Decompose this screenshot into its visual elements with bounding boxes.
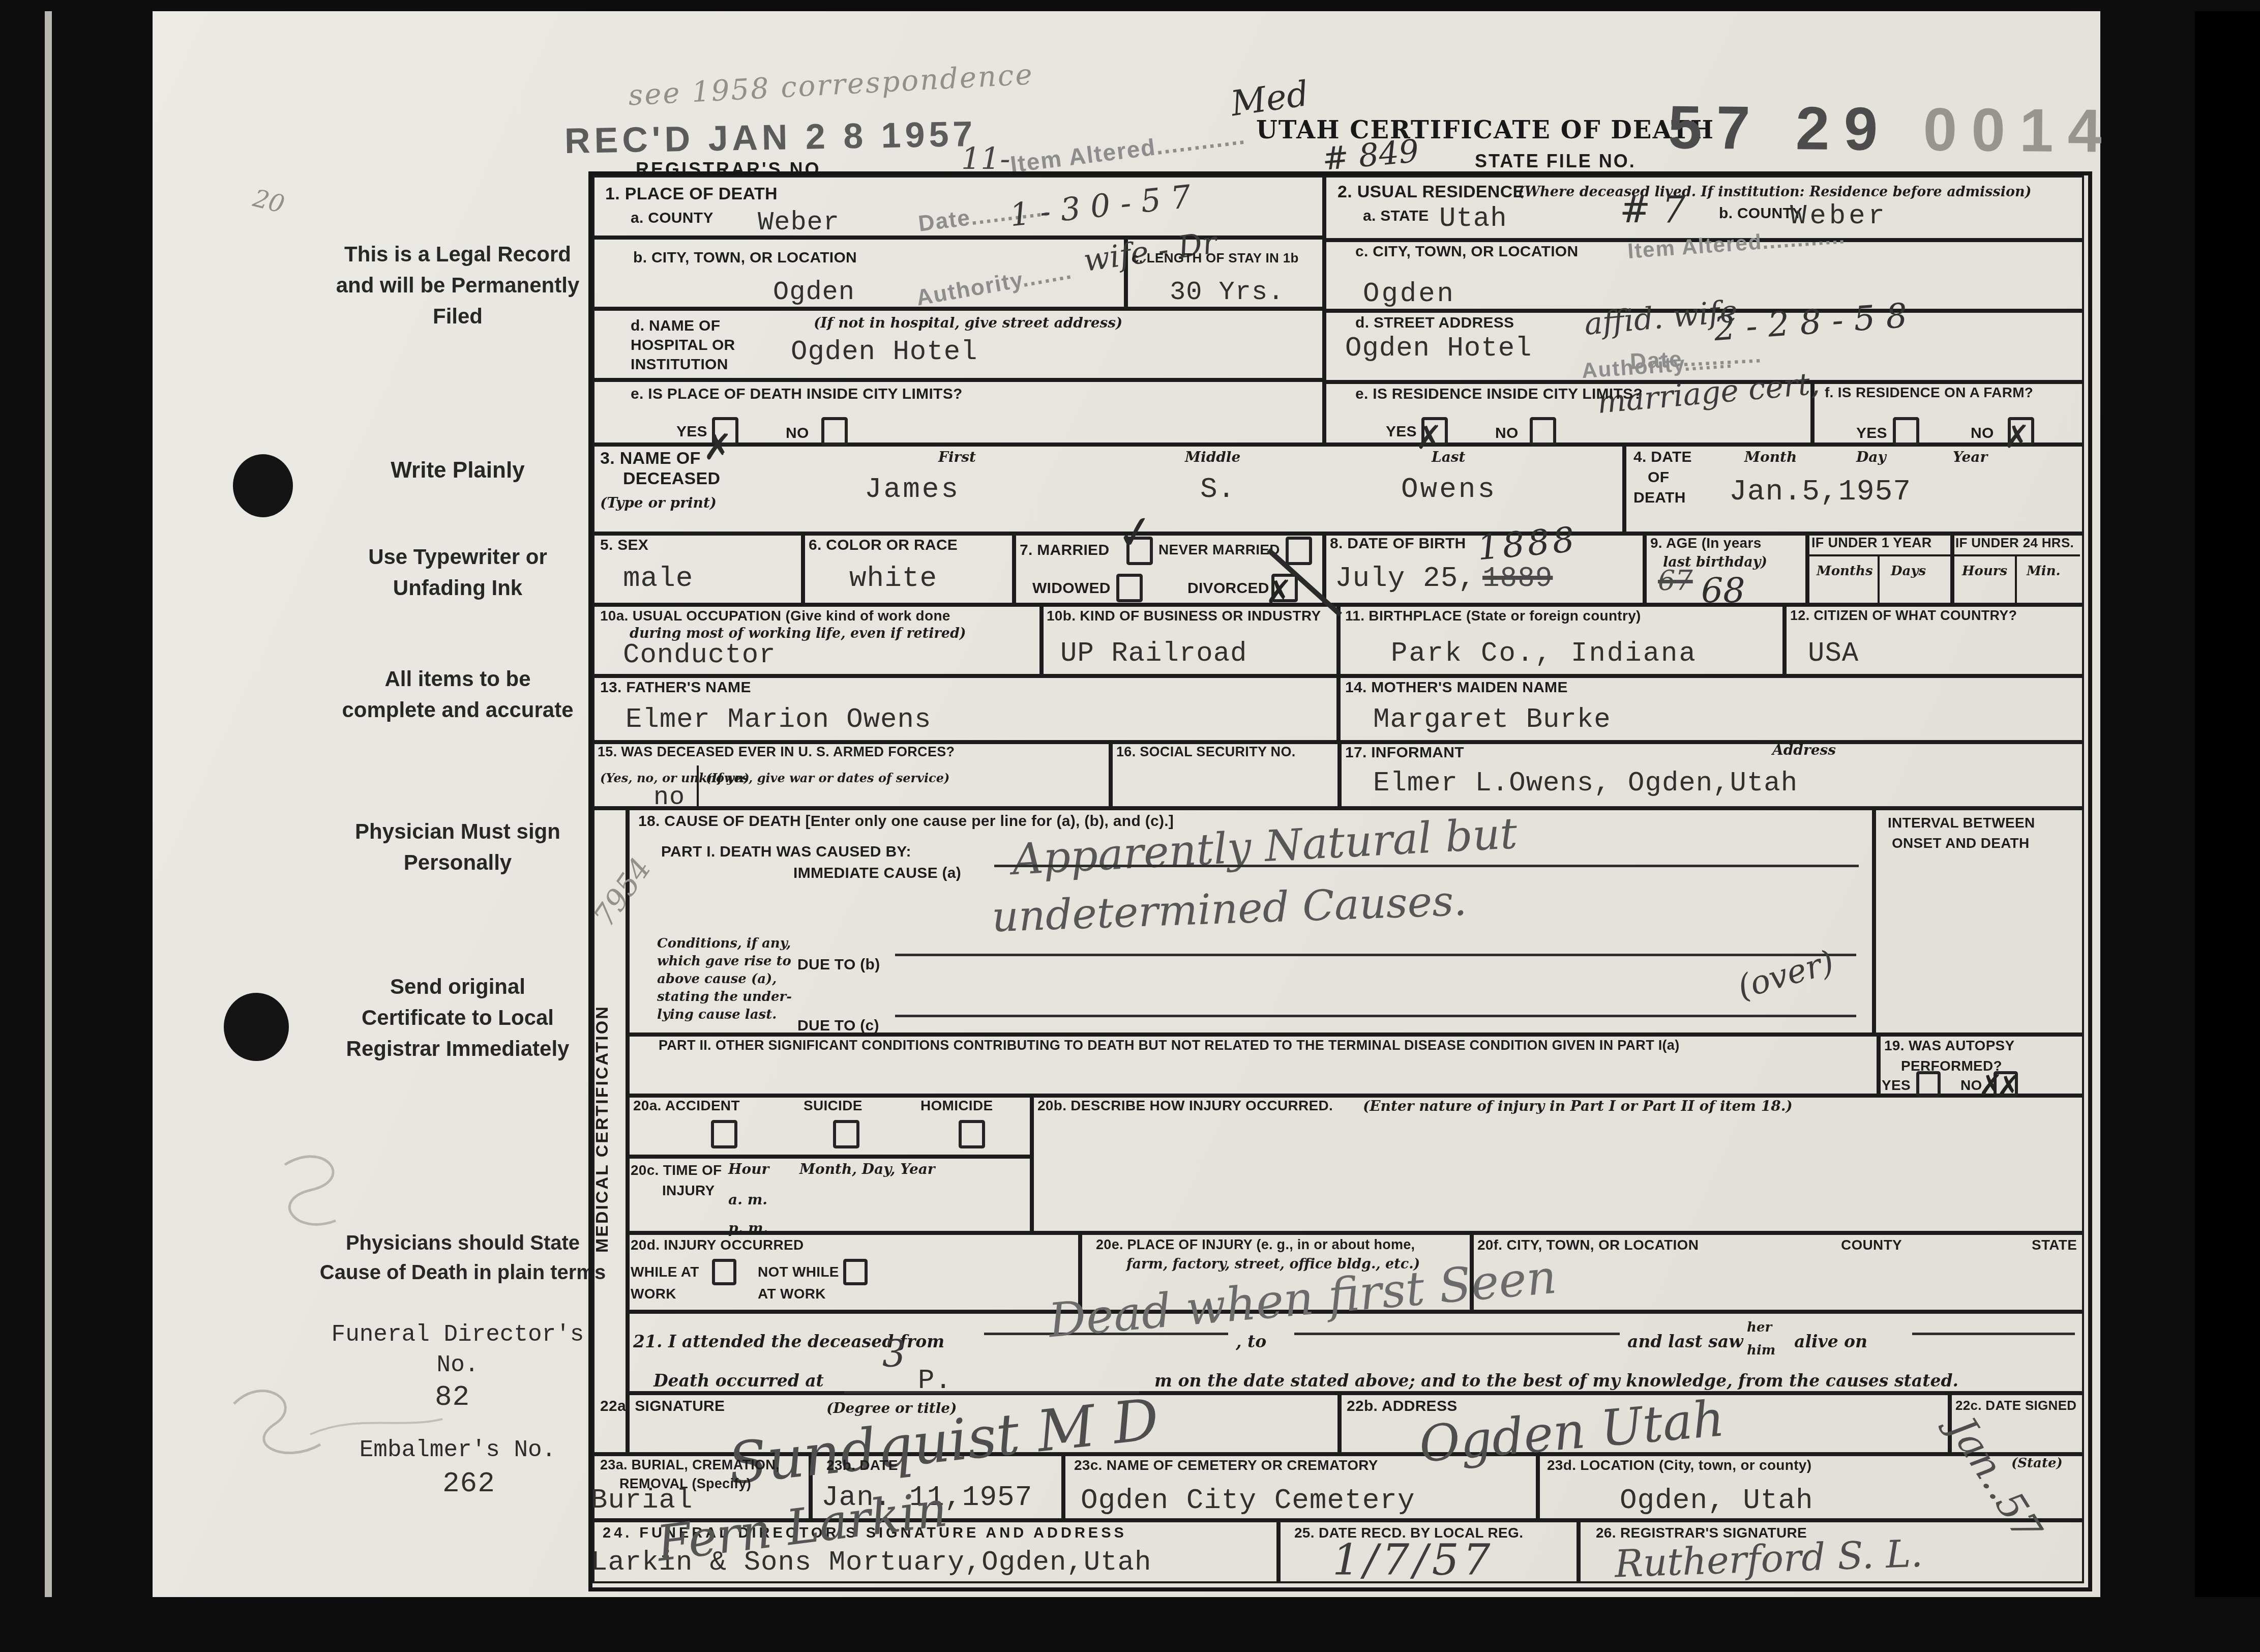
s18-due-b: DUE TO (b): [797, 956, 880, 973]
s2-a-hand: # 7: [1620, 188, 1685, 231]
s18-title: 18. CAUSE OF DEATH [Enter only one cause…: [638, 813, 1174, 830]
s1-hospital-value: Ogden Hotel: [791, 337, 977, 368]
s6-label: 6. COLOR OR RACE: [809, 537, 958, 554]
cell-20b: [1030, 1094, 2084, 1235]
s1-e-yes-mark: ✗: [703, 426, 733, 468]
s9-min-label: Min.: [2027, 564, 2061, 579]
s1-e-no-checkbox[interactable]: [821, 417, 848, 446]
s15-hint2: (If yes, give war or dates of service): [706, 771, 949, 785]
s3-title2: DECEASED: [623, 469, 720, 489]
s20c-hour-label: Hour: [728, 1161, 769, 1177]
s17-value: Elmer L.Owens, Ogden,Utah: [1373, 768, 1798, 799]
s3-title3: (Type or print): [600, 494, 717, 511]
file-no-left: 57 29: [1668, 93, 1892, 163]
u-divider-v2: [2015, 554, 2017, 603]
s17-label: 17. INFORMANT: [1345, 744, 1464, 761]
s15-value: no: [653, 783, 685, 812]
s7-never-checkbox[interactable]: [1286, 537, 1312, 565]
punch-hole: [224, 993, 289, 1061]
s1-city-value: Ogden: [773, 277, 855, 307]
margin-note-physician-sign: Physician Must sign Personally: [336, 816, 580, 878]
s20a-accident-checkbox[interactable]: [711, 1120, 737, 1148]
s7-widowed-label: WIDOWED: [1032, 580, 1111, 597]
u-divider-h: [1805, 554, 2080, 556]
u-divider-v1: [1878, 554, 1880, 603]
s10a-label2: during most of working life, even if ret…: [630, 626, 966, 641]
s2-a-label: a. STATE: [1363, 208, 1429, 225]
s7-widowed-checkbox[interactable]: [1116, 574, 1143, 602]
margin-note-legal-record: This is a Legal Record and will be Perma…: [331, 239, 585, 332]
s3-title1: 3. NAME OF: [600, 449, 701, 468]
scanned-death-certificate: 20 see 1958 correspondence REC'D JAN 2 8…: [0, 0, 2260, 1652]
s3-last-label: Last: [1432, 449, 1466, 465]
s2-f-label: f. IS RESIDENCE ON A FARM?: [1825, 385, 2033, 401]
s23a-label1: 23a. BURIAL, CREMATION,: [600, 1457, 780, 1473]
s1-a-label: a. COUNTY: [631, 210, 713, 227]
s5-value: male: [623, 562, 693, 595]
s10a-label1: 10a. USUAL OCCUPATION (Give kind of work…: [600, 608, 950, 624]
margin-note-complete: All items to be complete and accurate: [336, 664, 580, 726]
s3-middle-label: Middle: [1185, 449, 1240, 465]
embalmer-no-label: Embalmer's No.: [315, 1437, 600, 1463]
film-bottom-band: [0, 1597, 2260, 1652]
s3-first-value: James: [865, 473, 960, 506]
s1-d-hint: (If not in hospital, give street address…: [814, 314, 1122, 331]
s9-hours-label: Hours: [1962, 564, 2007, 579]
s2-e-yes-label: YES: [1386, 423, 1417, 440]
s7-married-mark: ✓: [1113, 504, 1158, 562]
s25-date-recd-hand: 1/7/57: [1332, 1535, 1494, 1585]
s23d-state-label: (State): [2011, 1456, 2063, 1471]
s7-divorced-mark: ✗: [1265, 574, 1293, 611]
s19-yes-label: YES: [1882, 1077, 1911, 1094]
s7-never-label: NEVER MARRIED: [1158, 542, 1280, 558]
s21-her: her: [1747, 1320, 1772, 1335]
s9-age-struck: 67: [1658, 565, 1693, 597]
embalmer-no: 262: [442, 1467, 495, 1500]
film-left-sliver: [45, 0, 52, 1652]
s20c-pm-label: p. m.: [728, 1220, 768, 1236]
s20c-am-label: a. m.: [728, 1191, 767, 1208]
s4-date-of-death-value: Jan.5,1957: [1729, 476, 1911, 509]
s4-label3: DEATH: [1633, 489, 1686, 507]
s1-b-label: b. CITY, TOWN, OR LOCATION: [633, 249, 857, 267]
s21-him: him: [1747, 1343, 1775, 1358]
s20a-homicide-label: HOMICIDE: [920, 1098, 993, 1114]
s3-last-value: Owens: [1401, 473, 1497, 506]
s21-t6: m on the date stated above; and to the b…: [1154, 1371, 1958, 1391]
s21-t4: alive on: [1794, 1332, 1867, 1351]
s9-days-label: Days: [1891, 564, 1926, 579]
s2-f-no-label: NO: [1971, 425, 1994, 442]
s19-label1: 19. WAS AUTOPSY: [1884, 1038, 2015, 1054]
s18-due-c: DUE TO (c): [797, 1017, 879, 1035]
s2-e-label: e. IS RESIDENCE INSIDE CITY LIMITS?: [1355, 386, 1643, 403]
s21-typed-p: P.: [918, 1366, 952, 1397]
margin-note-typewriter: Use Typewriter or Unfading Ink: [325, 542, 590, 604]
s18-line-a: [994, 865, 1859, 867]
s9-months-label: Months: [1817, 564, 1873, 579]
s19-yes-checkbox[interactable]: [1916, 1071, 1941, 1098]
s21-t5: Death occurred at: [653, 1371, 824, 1391]
s20b-hint: (Enter nature of injury in Part I or Par…: [1363, 1098, 1793, 1114]
file-no-right: 0014: [1923, 96, 2116, 165]
s20a-suicide-label: SUICIDE: [804, 1098, 863, 1114]
s20c-label1: 20c. TIME OF: [631, 1162, 722, 1178]
s1-title: 1. PLACE OF DEATH: [605, 184, 778, 204]
s18-immediate: IMMEDIATE CAUSE (a): [793, 865, 961, 882]
s20d-w2: WORK: [631, 1286, 676, 1302]
s21-hand-hour: 3: [882, 1333, 906, 1375]
s2-f-no-mark: ✗: [2004, 418, 2030, 455]
s9-u1-label: IF UNDER 1 YEAR: [1811, 535, 1932, 551]
s20d-w1: WHILE AT: [631, 1264, 699, 1280]
part2-text: PART II. OTHER SIGNIFICANT CONDITIONS CO…: [659, 1038, 1679, 1053]
s2-e-no-label: NO: [1495, 425, 1519, 442]
s2-e-no-checkbox[interactable]: [1530, 417, 1556, 446]
s6-value: white: [849, 562, 937, 595]
s8-dob-value: July 25,: [1335, 562, 1476, 595]
s23d-value: Ogden, Utah: [1620, 1484, 1813, 1517]
s15-label: 15. WAS DECEASED EVER IN U. S. ARMED FOR…: [598, 744, 955, 760]
s4-label1: 4. DATE: [1633, 449, 1692, 466]
s20d-while-checkbox[interactable]: [712, 1259, 736, 1285]
s20d-label: 20d. INJURY OCCURRED: [631, 1237, 804, 1253]
s9-age-hand: 68: [1701, 571, 1745, 611]
s4-label2: OF: [1648, 469, 1669, 486]
s23c-label: 23c. NAME OF CEMETERY OR CREMATORY: [1074, 1457, 1378, 1473]
s23b-label: 23b. DATE: [826, 1457, 898, 1473]
s20c-label2: INJURY: [662, 1183, 715, 1199]
s14-label: 14. MOTHER'S MAIDEN NAME: [1345, 679, 1568, 696]
s10b-value: UP Railroad: [1060, 638, 1247, 669]
funeral-director-no-label: Funeral Director's No.: [331, 1320, 585, 1381]
s7-divorced-label: DIVORCED: [1187, 580, 1269, 597]
s7-married-label: 7. MARRIED: [1020, 542, 1109, 559]
s4-day-label: Day: [1856, 449, 1886, 465]
s2-city-value: Ogden: [1363, 279, 1455, 310]
s10a-value: Conductor: [623, 640, 776, 671]
film-left-band: [0, 0, 153, 1652]
s4-month-label: Month: [1744, 449, 1797, 465]
s11-value: Park Co., Indiana: [1391, 638, 1697, 669]
punch-hole: [233, 454, 293, 517]
s10b-label: 10b. KIND OF BUSINESS OR INDUSTRY: [1047, 608, 1321, 624]
s22b-label: 22b. ADDRESS: [1347, 1398, 1458, 1415]
s23a-value: Burial: [591, 1485, 693, 1516]
s20f-label: 20f. CITY, TOWN, OR LOCATION: [1477, 1237, 1699, 1253]
s16-label: 16. SOCIAL SECURITY NO.: [1116, 744, 1295, 760]
film-top-band: [0, 0, 2260, 11]
s13-value: Elmer Marion Owens: [626, 704, 931, 735]
s8-label: 8. DATE OF BIRTH: [1330, 535, 1466, 552]
margin-note-plain-terms: Physicians should State Cause of Death i…: [315, 1228, 610, 1287]
s22a-label: 22a. SIGNATURE: [600, 1398, 725, 1415]
s1-e-no-label: NO: [786, 425, 809, 442]
s18-line-b: [895, 954, 1856, 956]
s1-d-label: d. NAME OFHOSPITAL ORINSTITUTION: [631, 316, 735, 374]
s17-address-label: Address: [1772, 742, 1836, 758]
s20a-suicide-checkbox[interactable]: [833, 1120, 859, 1148]
s2-d-label: d. STREET ADDRESS: [1355, 314, 1514, 332]
s18-line-c: [895, 1015, 1856, 1017]
s18-interval1: INTERVAL BETWEEN: [1888, 815, 2035, 831]
s21-t2: , to: [1236, 1332, 1266, 1351]
s3-first-label: First: [938, 449, 976, 465]
s2-title: 2. USUAL RESIDENCE: [1337, 182, 1525, 202]
s20d-notwhile-checkbox[interactable]: [843, 1259, 868, 1285]
s4-year-label: Year: [1953, 449, 1987, 465]
s2-f-yes-label: YES: [1856, 425, 1887, 442]
s20b-label: 20b. DESCRIBE HOW INJURY OCCURRED.: [1037, 1098, 1333, 1114]
s2-f-yes-checkbox[interactable]: [1893, 417, 1919, 446]
s12-value: USA: [1808, 638, 1859, 669]
s1-county-value: Weber: [758, 208, 840, 238]
state-file-label: STATE FILE NO.: [1475, 151, 1636, 172]
s2-hint: (Where deceased lived. If institution: R…: [1518, 184, 2031, 200]
s18-interval2: ONSET AND DEATH: [1892, 835, 2030, 851]
s18-conditions-note: Conditions, if any,which gave rise toabo…: [657, 935, 792, 1024]
received-date-stamp: REC'D JAN 2 8 1957: [564, 113, 977, 161]
s20e-label1: 20e. PLACE OF INJURY (e. g., in or about…: [1096, 1237, 1415, 1253]
s1-length-value: 30 Yrs.: [1170, 277, 1284, 307]
s20c-mdy-label: Month, Day, Year: [799, 1161, 935, 1177]
s20a-accident-label: 20a. ACCIDENT: [633, 1098, 740, 1114]
s20a-homicide-checkbox[interactable]: [959, 1120, 985, 1148]
s20f-county-label: COUNTY: [1841, 1237, 1902, 1253]
s5-label: 5. SEX: [600, 537, 648, 554]
s1-c-label: c. LENGTH OF STAY IN 1b: [1132, 250, 1299, 266]
s12-label: 12. CITIZEN OF WHAT COUNTRY?: [1790, 608, 2017, 624]
s9-u2-label: IF UNDER 24 HRS.: [1955, 535, 2074, 551]
s2-state-value: Utah: [1439, 203, 1507, 234]
state-file-number-stamp: 57 29 0014: [1668, 92, 2116, 166]
s9-label1: 9. AGE (In years: [1650, 535, 1762, 551]
s21-line2: [1294, 1333, 1620, 1335]
s19-no-mark2: ✗: [1996, 1069, 2021, 1104]
s20d-n2: AT WORK: [758, 1286, 826, 1302]
s20d-n1: NOT WHILE: [758, 1264, 839, 1280]
s8-dob-struck: 1889: [1482, 562, 1553, 595]
s3-middle-value: S.: [1200, 473, 1235, 506]
s18-part1: PART I. DEATH WAS CAUSED BY:: [661, 843, 911, 861]
s23c-value: Ogden City Cemetery: [1081, 1484, 1415, 1517]
s20f-state-label: STATE: [2032, 1237, 2077, 1253]
s14-value: Margaret Burke: [1373, 704, 1611, 735]
film-right-edge: [2195, 0, 2260, 1652]
funeral-director-no: 82: [435, 1381, 470, 1413]
s23d-label: 23d. LOCATION (City, town, or county): [1547, 1457, 1811, 1473]
s2-street-value: Ogden Hotel: [1345, 333, 1532, 364]
s2-c-label: c. CITY, TOWN, OR LOCATION: [1355, 243, 1578, 260]
s21-line3: [1912, 1333, 2075, 1335]
margin-note-write-plainly: Write Plainly: [331, 458, 585, 483]
margin-note-send-original: Send original Certificate to Local Regis…: [341, 971, 575, 1065]
s21-t3: and last saw: [1627, 1332, 1743, 1351]
s1-e-label: e. IS PLACE OF DEATH INSIDE CITY LIMITS?: [631, 386, 963, 403]
s11-label: 11. BIRTHPLACE (State or foreign country…: [1345, 608, 1641, 624]
s13-label: 13. FATHER'S NAME: [600, 679, 751, 696]
